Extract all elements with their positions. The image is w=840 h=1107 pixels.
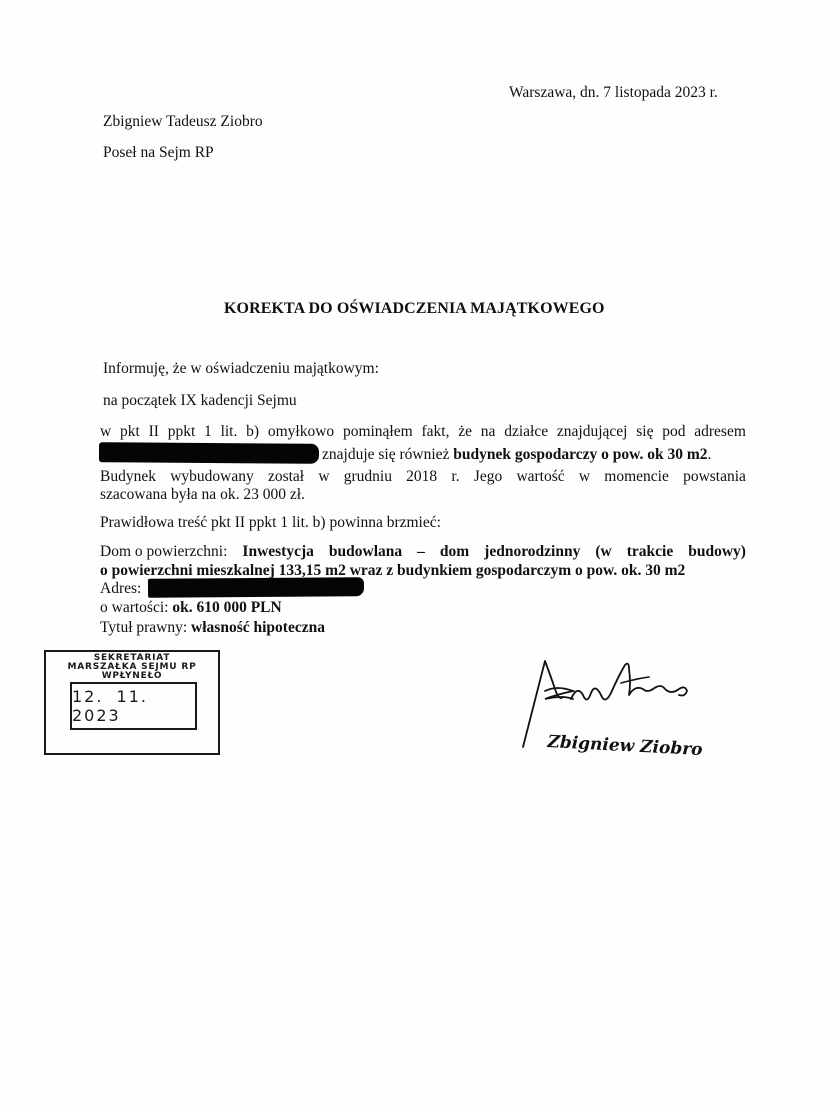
word: w — [100, 423, 111, 441]
word: b) — [246, 423, 259, 441]
word: ppkt — [168, 423, 196, 441]
paragraph-line-4: szacowana była na ok. 23 000 zł. — [100, 486, 746, 504]
word: fakt, — [421, 423, 449, 441]
word: wybudowany — [170, 468, 254, 486]
word: pkt — [120, 423, 140, 441]
house-label: Dom o powierzchni: — [100, 543, 227, 561]
word: wartość — [516, 468, 564, 486]
redacted-address-2 — [148, 577, 364, 598]
legal-title-label: Tytuł prawny: — [100, 619, 191, 636]
paragraph-line-3: Budynekwybudowanyzostałwgrudniu2018r.Jeg… — [100, 468, 746, 486]
word: omyłkowo — [268, 423, 334, 441]
word: na — [481, 423, 496, 441]
word: – — [417, 543, 425, 561]
value-amount: ok. 610 000 PLN — [172, 599, 281, 616]
value-label: o wartości: — [100, 599, 172, 616]
word: trakcie — [627, 543, 673, 561]
word: że — [458, 423, 472, 441]
stamp-date: 12. 11. 2023 — [70, 682, 197, 730]
place-date: Warszawa, dn. 7 listopada 2023 r. — [509, 84, 718, 102]
word: grudniu — [344, 468, 392, 486]
legal-title-line: Tytuł prawny: własność hipoteczna — [100, 619, 325, 637]
paragraph-line-2-text: znajduje się również — [322, 446, 453, 464]
word: Jego — [474, 468, 502, 486]
word: budowlana — [329, 543, 402, 561]
document-title: KOREKTA DO OŚWIADCZENIA MAJĄTKOWEGO — [224, 300, 605, 318]
word: Budynek — [100, 468, 156, 486]
word: 1 — [204, 423, 212, 441]
word: został — [268, 468, 304, 486]
paragraph-line-2-end: . — [708, 446, 712, 464]
house-line-2-text: o powierzchni mieszkalnej 133,15 m2 wraz… — [100, 562, 685, 580]
word: momencie — [604, 468, 669, 486]
word: jednorodzinny — [484, 543, 580, 561]
word: w — [579, 468, 590, 486]
word: budowy) — [688, 543, 746, 561]
word: (w — [595, 543, 611, 561]
paragraph-line-4-text: szacowana była na ok. 23 000 zł. — [100, 486, 305, 504]
word: 2018 — [406, 468, 437, 486]
word: adresem — [694, 423, 746, 441]
intro-text: Informuję, że w oświadczeniu majątkowym: — [103, 360, 379, 378]
address-label: Adres: — [100, 580, 141, 598]
word: dom — [440, 543, 469, 561]
correction-house-line-1: Dom o powierzchni: Inwestycjabudowlana–d… — [100, 543, 746, 561]
author-name: Zbigniew Tadeusz Ziobro — [103, 113, 263, 131]
redacted-address-1 — [99, 442, 319, 464]
paragraph-line-1: wpktIIppkt1lit.b)omyłkowopominąłemfakt,ż… — [100, 423, 746, 441]
word: działce — [504, 423, 548, 441]
word: powstania — [683, 468, 746, 486]
term-text: na początek IX kadencji Sejmu — [103, 392, 297, 410]
outbuilding-highlight: budynek gospodarczy o pow. ok 30 m2 — [453, 446, 707, 464]
word: r. — [451, 468, 459, 486]
word: lit. — [221, 423, 238, 441]
correction-intro: Prawidłowa treść pkt II ppkt 1 lit. b) p… — [100, 514, 441, 532]
word: znajdującej — [557, 423, 628, 441]
legal-title-value: własność hipoteczna — [191, 619, 325, 636]
word: pod — [662, 423, 685, 441]
received-stamp: SEKRETARIAT MARSZAŁKA SEJMU RP WPŁYNEŁO … — [44, 650, 220, 755]
stamp-line-3: WPŁYNEŁO — [46, 672, 218, 681]
document-page: Warszawa, dn. 7 listopada 2023 r. Zbigni… — [0, 0, 840, 1107]
word: się — [636, 423, 653, 441]
correction-house-line-2: o powierzchni mieszkalnej 133,15 m2 wraz… — [100, 562, 746, 580]
author-role: Poseł na Sejm RP — [103, 144, 214, 162]
word: Inwestycja — [242, 543, 313, 561]
word: w — [318, 468, 329, 486]
word: II — [149, 423, 159, 441]
word: pominąłem — [343, 423, 413, 441]
value-line: o wartości: ok. 610 000 PLN — [100, 599, 282, 617]
